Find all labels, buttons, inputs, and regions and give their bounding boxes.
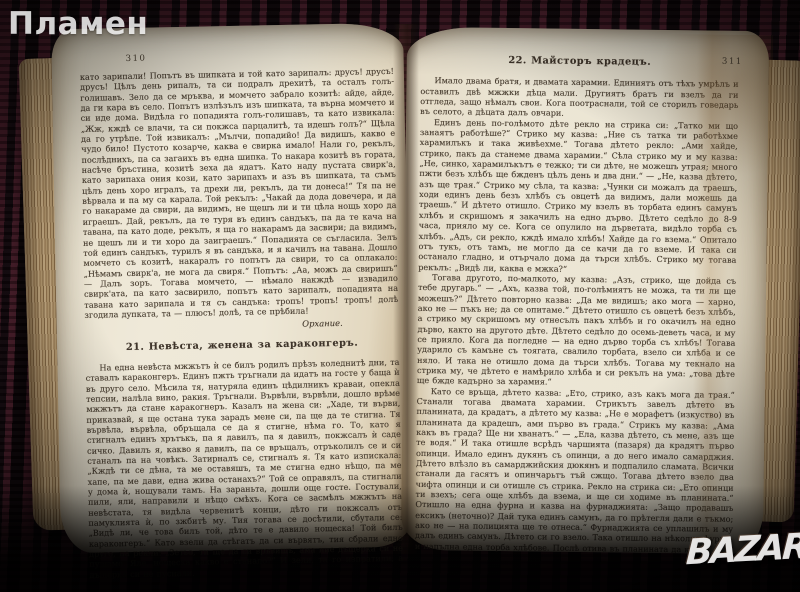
seller-watermark: Пламен xyxy=(8,6,148,42)
photo-vignette xyxy=(0,0,800,592)
bazar-logo: BAZAR xyxy=(685,527,800,573)
